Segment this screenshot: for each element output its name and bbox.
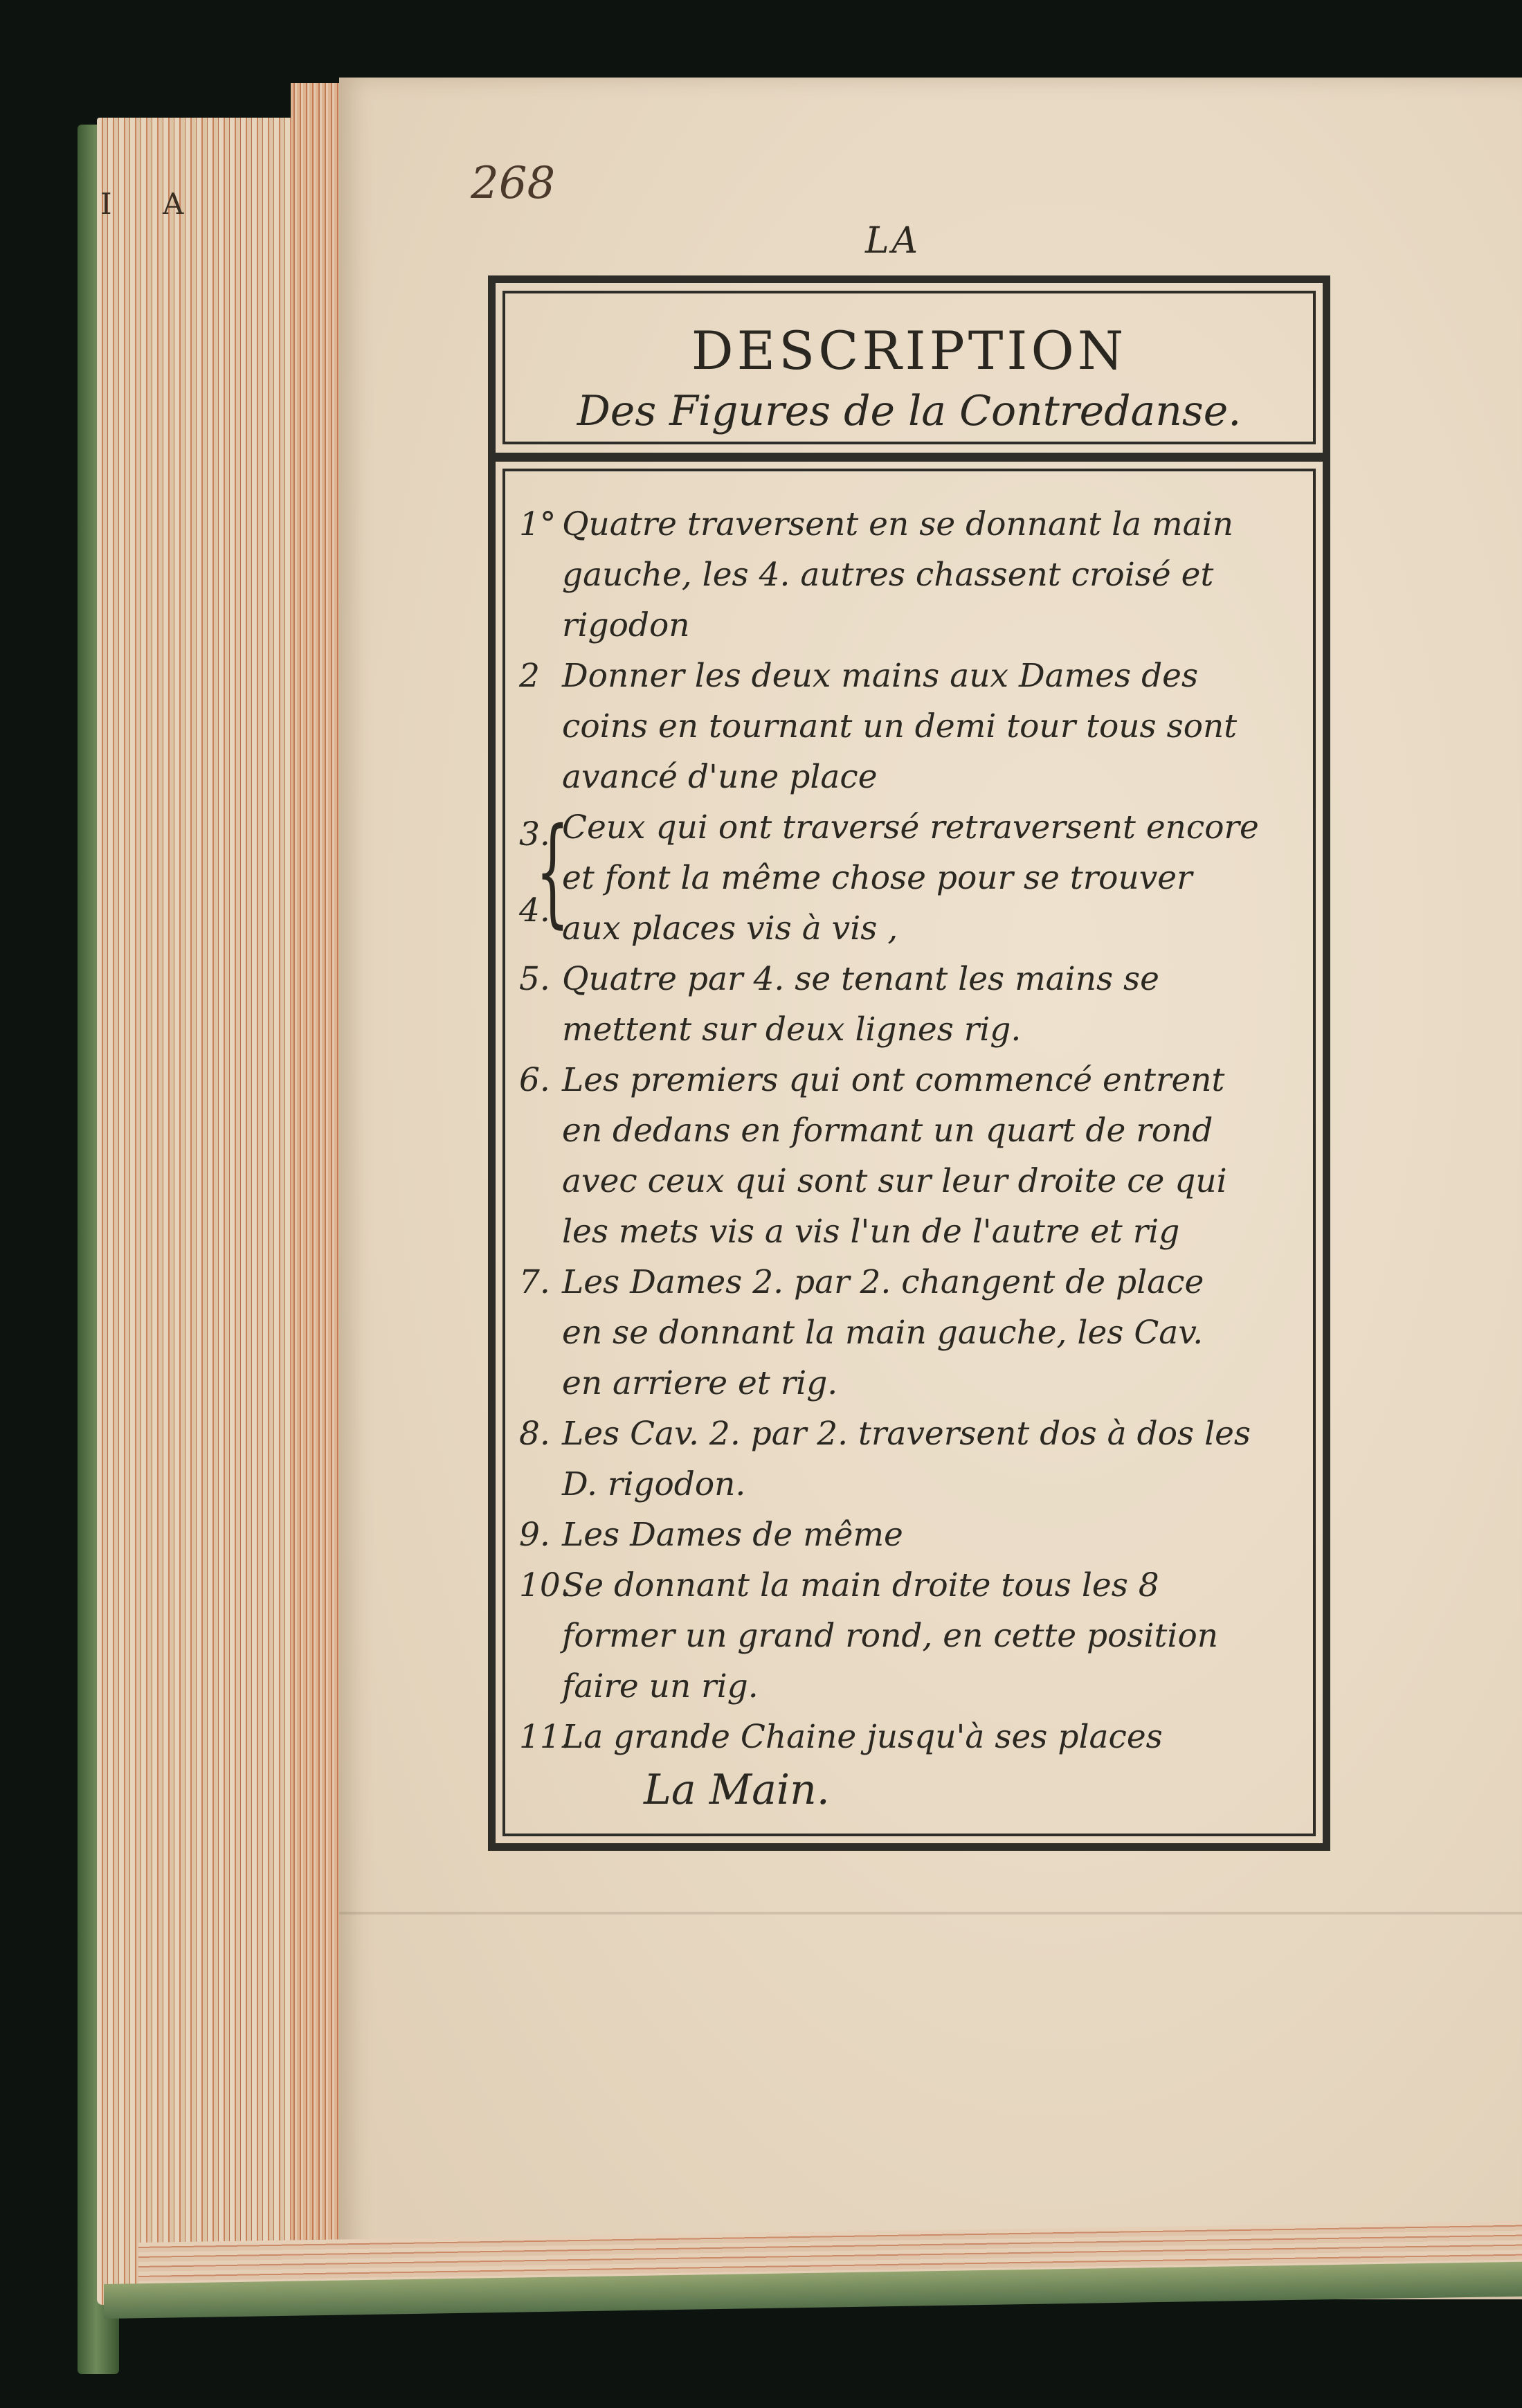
figure-line: Les Dames 2. par 2. changent de place	[562, 1257, 1306, 1307]
page-stack-edges-inner	[291, 83, 346, 2298]
figure-line: rigodon	[562, 600, 1306, 651]
figure-number: 10.	[519, 1560, 571, 1611]
figure-item: 5. Quatre par 4. se tenant les mains se …	[505, 954, 1313, 1055]
figure-item: 2 Donner les deux mains aux Dames des co…	[505, 651, 1313, 802]
page-fold-line	[339, 1912, 1522, 1914]
closing-line: La Main.	[505, 1762, 1313, 1818]
figure-line: Se donnant la main droite tous les 8	[562, 1560, 1306, 1611]
figure-line: Quatre par 4. se tenant les mains se	[562, 954, 1306, 1004]
figure-line: en dedans en formant un quart de rond	[562, 1105, 1306, 1156]
figure-number: 6.	[519, 1055, 550, 1105]
figure-number: 5.	[519, 954, 550, 1004]
figure-line: coins en tournant un demi tour tous sont	[562, 701, 1306, 752]
figure-item: 6. Les premiers qui ont commencé entrent…	[505, 1055, 1313, 1257]
frame-divider	[496, 453, 1323, 462]
figure-line: avec ceux qui sont sur leur droite ce qu…	[562, 1156, 1306, 1206]
figure-number: 2	[519, 651, 540, 701]
figure-number: 8.	[519, 1409, 550, 1459]
frame-heading-panel: DESCRIPTION Des Figures de la Contredans…	[502, 291, 1316, 444]
figure-line: mettent sur deux lignes rig.	[562, 1004, 1306, 1055]
figure-line: aux places vis à vis ,	[562, 903, 1306, 954]
figure-item: 11. La grande Chaine jusqu'à ses places	[505, 1712, 1313, 1762]
figure-item: 7. Les Dames 2. par 2. changent de place…	[505, 1257, 1313, 1409]
brace-icon: {	[536, 802, 570, 941]
figure-line: La grande Chaine jusqu'à ses places	[562, 1712, 1306, 1762]
figure-line: avancé d'une place	[562, 752, 1306, 802]
figure-list: 1° Quatre traversent en se donnant la ma…	[505, 499, 1313, 1818]
figure-line: Quatre traversent en se donnant la main	[562, 499, 1306, 550]
figure-number: 7.	[519, 1257, 550, 1307]
page-number: 268	[471, 158, 555, 209]
engraved-frame: DESCRIPTION Des Figures de la Contredans…	[488, 275, 1330, 1851]
spine-letters: I A	[100, 187, 204, 221]
figure-item: 3. 4. { Ceux qui ont traversé retraverse…	[505, 802, 1313, 954]
figure-line: D. rigodon.	[562, 1459, 1306, 1510]
figure-line: Les premiers qui ont commencé entrent	[562, 1055, 1306, 1105]
figure-line: les mets vis a vis l'un de l'autre et ri…	[562, 1206, 1306, 1257]
figure-item: 9. Les Dames de même	[505, 1510, 1313, 1560]
figure-line: en se donnant la main gauche, les Cav.	[562, 1307, 1306, 1358]
figure-line: en arriere et rig.	[562, 1358, 1306, 1409]
figure-line: faire un rig.	[562, 1661, 1306, 1712]
figure-number: 11.	[519, 1712, 571, 1762]
page-subtitle: Des Figures de la Contredanse.	[505, 387, 1313, 435]
figure-line: Ceux qui ont traversé retraversent encor…	[562, 802, 1306, 853]
figure-number: 1°	[519, 499, 556, 550]
figure-item: 10. Se donnant la main droite tous les 8…	[505, 1560, 1313, 1712]
figure-line: former un grand rond, en cette position	[562, 1611, 1306, 1661]
figure-number: 9.	[519, 1510, 550, 1560]
figure-item: 1° Quatre traversent en se donnant la ma…	[505, 499, 1313, 651]
figure-line: Les Cav. 2. par 2. traversent dos à dos …	[562, 1409, 1306, 1459]
running-head: LA	[865, 220, 921, 262]
figure-item: 8. Les Cav. 2. par 2. traversent dos à d…	[505, 1409, 1313, 1510]
page-title: DESCRIPTION	[505, 320, 1313, 381]
figure-line: et font la même chose pour se trouver	[562, 853, 1306, 903]
figure-line: gauche, les 4. autres chassent croisé et	[562, 550, 1306, 600]
frame-body-panel: 1° Quatre traversent en se donnant la ma…	[502, 469, 1316, 1836]
figure-line: Donner les deux mains aux Dames des	[562, 651, 1306, 701]
figure-line: Les Dames de même	[562, 1510, 1306, 1560]
